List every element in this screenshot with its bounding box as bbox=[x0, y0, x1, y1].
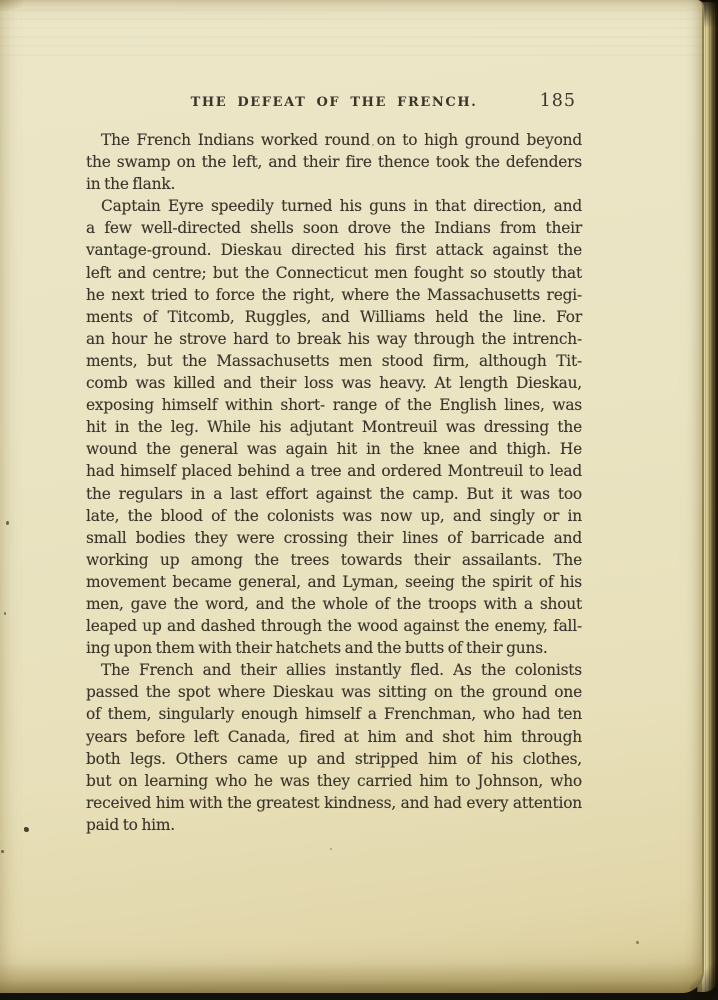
ink-speck bbox=[6, 521, 9, 525]
text-line: working up among the trees towards their… bbox=[86, 549, 582, 571]
text-line: passed the spot where Dieskau was sittin… bbox=[86, 681, 582, 703]
text-line: a few well-directed shells soon drove th… bbox=[86, 217, 582, 239]
page-number: 185 bbox=[540, 91, 576, 111]
ink-speck bbox=[1, 850, 4, 853]
text-line: leaped up and dashed through the wood ag… bbox=[86, 615, 582, 637]
paragraph: Captain Eyre speedily turned his guns in… bbox=[86, 195, 582, 659]
running-header: THE DEFEAT OF THE FRENCH. bbox=[86, 92, 582, 110]
page-header: THE DEFEAT OF THE FRENCH. 185 bbox=[86, 92, 582, 116]
ink-speck bbox=[330, 848, 332, 850]
ink-speck bbox=[4, 612, 6, 615]
paragraph: The French and their allies instantly fl… bbox=[86, 659, 582, 836]
text-line: an hour he strove hard to break his way … bbox=[86, 328, 582, 350]
text-line: late, the blood of the colonists was now… bbox=[86, 505, 582, 527]
text-line: years before left Canada, fired at him a… bbox=[86, 726, 582, 748]
text-line: men, gave the word, and the whole of the… bbox=[86, 593, 582, 615]
text-line: the swamp on the left, and their fire th… bbox=[86, 151, 582, 173]
text-line: ing upon them with their hatchets and th… bbox=[86, 637, 582, 659]
text-line: paid to him. bbox=[86, 814, 582, 836]
text-line: The French Indians worked round on to hi… bbox=[86, 129, 582, 151]
corner-smudge bbox=[0, 0, 26, 12]
paragraph: The French Indians worked round on to hi… bbox=[86, 129, 582, 195]
text-line: exposing himself within short- range of … bbox=[86, 394, 582, 416]
page-bottom-shade bbox=[0, 963, 702, 993]
text-line: in the flank. bbox=[86, 173, 582, 195]
text-line: vantage-ground. Dieskau directed his fir… bbox=[86, 239, 582, 261]
text-line: the regulars in a last effort against th… bbox=[86, 483, 582, 505]
text-line: Captain Eyre speedily turned his guns in… bbox=[86, 195, 582, 217]
scanned-book-page: THE DEFEAT OF THE FRENCH. 185 The French… bbox=[0, 0, 704, 993]
text-line: left and centre; but the Connecticut men… bbox=[86, 262, 582, 284]
text-flow: The French Indians worked round on to hi… bbox=[86, 129, 582, 836]
scan-streaks bbox=[0, 0, 702, 60]
text-line: ments of Titcomb, Ruggles, and Williams … bbox=[86, 306, 582, 328]
text-line: both legs. Others came up and stripped h… bbox=[86, 748, 582, 770]
ink-speck bbox=[636, 941, 639, 944]
text-line: movement became general, and Lyman, seei… bbox=[86, 571, 582, 593]
page-edges-bottom-shadow bbox=[690, 955, 718, 1000]
text-line: of them, singularly enough himself a Fre… bbox=[86, 703, 582, 725]
text-line: The French and their allies instantly fl… bbox=[86, 659, 582, 681]
text-line: he next tried to force the right, where … bbox=[86, 284, 582, 306]
text-line: wound the general was again hit in the k… bbox=[86, 438, 582, 460]
text-line: but on learning who he was they carried … bbox=[86, 770, 582, 792]
text-line: received him with the greatest kindness,… bbox=[86, 792, 582, 814]
text-line: comb was killed and their loss was heavy… bbox=[86, 372, 582, 394]
text-line: ments, but the Massachusetts men stood f… bbox=[86, 350, 582, 372]
ink-speck bbox=[24, 827, 29, 832]
text-line: hit in the leg. While his adjutant Montr… bbox=[86, 416, 582, 438]
text-line: small bodies they were crossing their li… bbox=[86, 527, 582, 549]
text-line: had himself placed behind a tree and ord… bbox=[86, 460, 582, 482]
